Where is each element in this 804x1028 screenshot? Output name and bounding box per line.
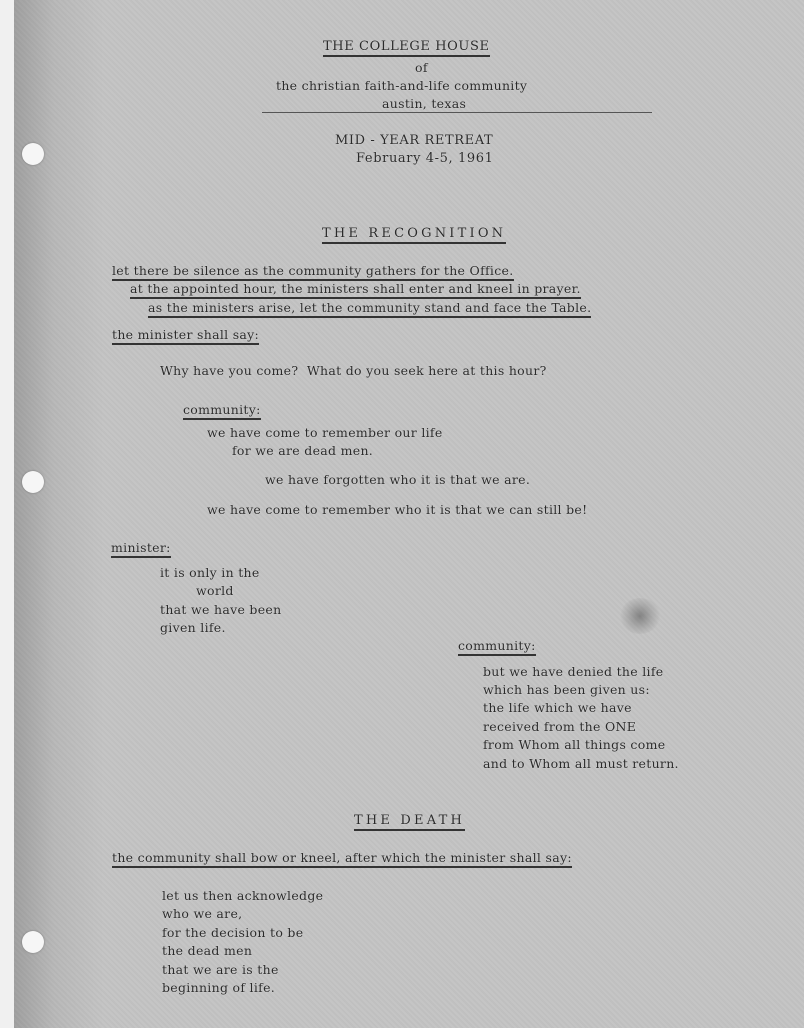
minister-line: let us then acknowledge <box>162 888 323 903</box>
ink-smudge <box>620 598 660 634</box>
minister-line: it is only in the <box>160 565 260 580</box>
minister-question: Why have you come? What do you seek here… <box>160 363 547 378</box>
minister-line: for the decision to be <box>162 925 303 940</box>
minister-line: given life. <box>160 620 226 635</box>
binder-hole <box>22 471 44 493</box>
response-line: the life which we have <box>483 700 632 715</box>
section-heading-recognition: THE RECOGNITION <box>322 226 506 244</box>
org-title: THE COLLEGE HOUSE <box>323 39 490 57</box>
response-line: we have forgotten who it is that we are. <box>265 472 530 487</box>
response-line: from Whom all things come <box>483 737 665 752</box>
minister-line: that we have been <box>160 602 281 617</box>
response-line: we have come to remember our life <box>207 425 443 440</box>
minister-line: who we are, <box>162 906 242 921</box>
rubric-line: as the ministers arise, let the communit… <box>148 300 591 318</box>
header-of: of <box>415 60 428 75</box>
header-divider <box>262 112 652 113</box>
speaker-label: community: <box>458 638 536 656</box>
event-title: MID - YEAR RETREAT <box>335 133 493 148</box>
response-line: received from the ONE <box>483 719 636 734</box>
speaker-label: minister: <box>111 540 171 558</box>
minister-line: that we are is the <box>162 962 279 977</box>
location: austin, texas <box>382 96 466 111</box>
rubric-line: let there be silence as the community ga… <box>112 263 514 281</box>
community-name: the christian faith-and-life community <box>276 78 527 93</box>
speaker-label: the minister shall say: <box>112 327 259 345</box>
section-heading-death: THE DEATH <box>354 813 465 831</box>
rubric-line: the community shall bow or kneel, after … <box>112 850 572 868</box>
response-line: which has been given us: <box>483 682 650 697</box>
event-date: February 4-5, 1961 <box>356 151 493 166</box>
speaker-label: community: <box>183 402 261 420</box>
minister-line: beginning of life. <box>162 980 275 995</box>
minister-line: world <box>196 583 234 598</box>
response-line: we have come to remember who it is that … <box>207 502 587 517</box>
response-line: and to Whom all must return. <box>483 756 679 771</box>
minister-line: the dead men <box>162 943 252 958</box>
response-line: but we have denied the life <box>483 664 663 679</box>
rubric-line: at the appointed hour, the ministers sha… <box>130 281 581 299</box>
response-line: for we are dead men. <box>232 443 373 458</box>
binder-hole <box>22 931 44 953</box>
binder-hole <box>22 143 44 165</box>
